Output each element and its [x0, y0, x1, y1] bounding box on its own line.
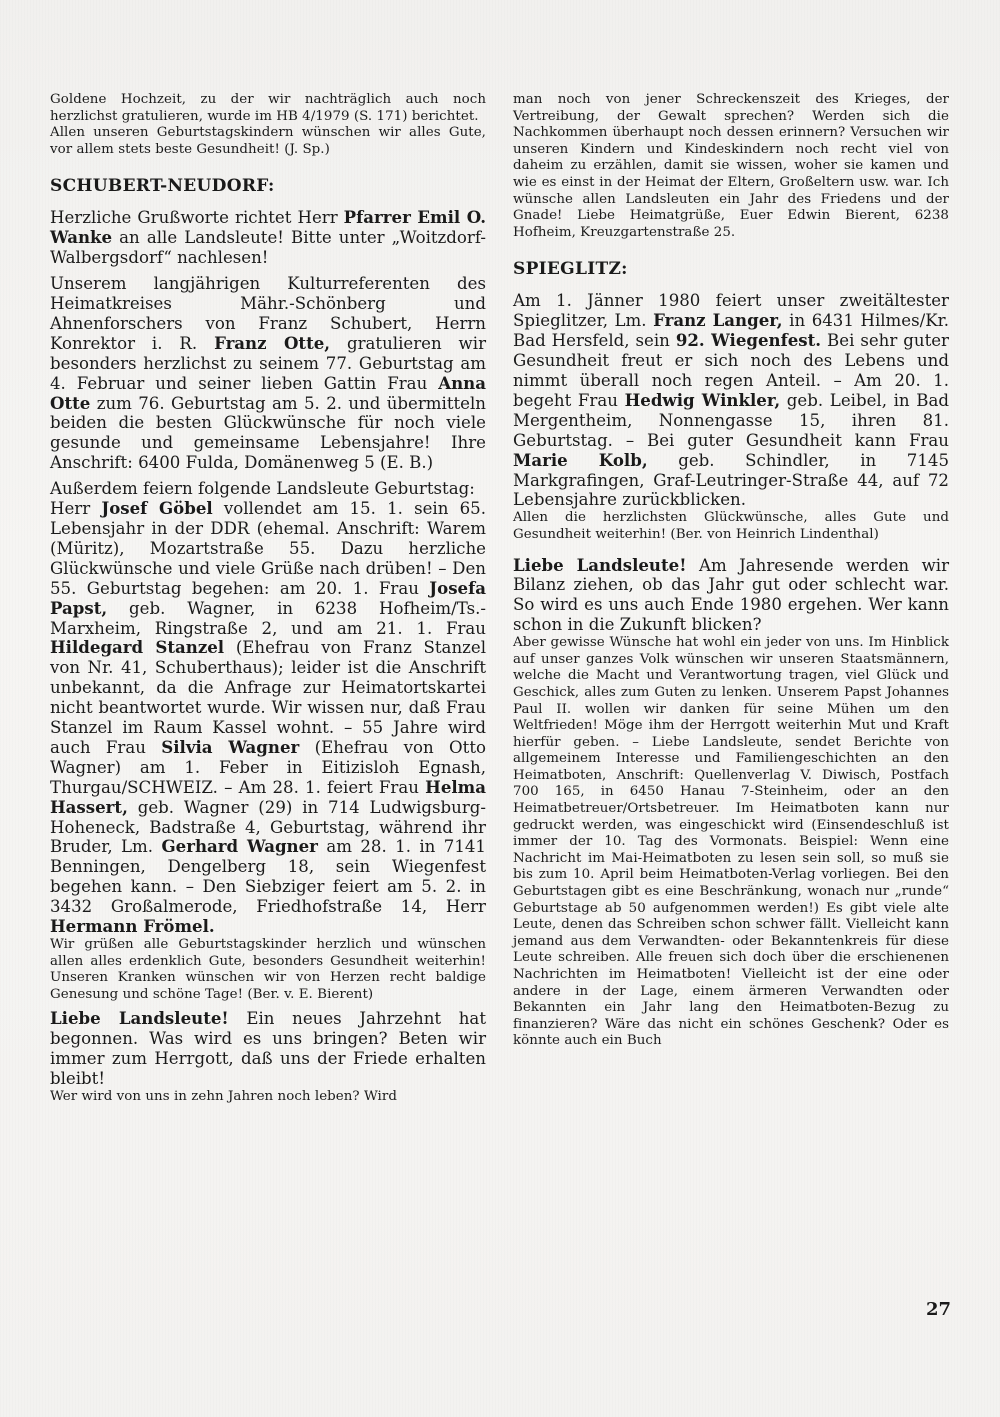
paragraph-memories-continued: man noch von jener Schreckenszeit des Kr… — [513, 92, 949, 241]
bold-name: 92. Wiegenfest. — [676, 330, 821, 350]
paragraph-spieglitz-wishes: Allen die herzlichsten Glückwünsche, all… — [513, 510, 949, 543]
paragraph-spieglitz-birthdays: Am 1. Jänner 1980 feiert unser zweitälte… — [513, 291, 949, 510]
paragraph-wishes-and-submissions: Aber gewisse Wünsche hat wohl ein jeder … — [513, 635, 949, 1050]
bold-name: Hermann Frömel. — [50, 916, 215, 936]
paragraph-birthday-list: Herr Josef Göbel vollendet am 15. 1. sei… — [50, 499, 486, 937]
bold-name: Josef Göbel — [101, 498, 212, 518]
bold-name: Liebe Landsleute! — [513, 555, 687, 575]
bold-name: Gerhard Wagner — [161, 836, 317, 856]
bold-name: Liebe Landsleute! — [50, 1008, 229, 1028]
bold-name: Marie Kolb, — [513, 450, 648, 470]
paragraph-greetings-wanke: Herzliche Grußworte richtet Herr Pfarrer… — [50, 208, 486, 268]
paragraph-further-birthdays-intro: Außerdem feiern folgende Landsleute Gebu… — [50, 479, 486, 499]
left-column: Goldene Hochzeit, zu der wir nachträglic… — [50, 92, 486, 1106]
paragraph-ten-years: Wer wird von uns in zehn Jahren noch leb… — [50, 1089, 486, 1106]
right-column: man noch von jener Schreckenszeit des Kr… — [513, 92, 949, 1050]
paragraph-year-end: Liebe Landsleute! Am Jahresende werden w… — [513, 556, 949, 636]
bold-name: Silvia Wagner — [161, 737, 299, 757]
bold-name: Franz Langer, — [653, 310, 782, 330]
bold-name: Hedwig Winkler, — [625, 390, 781, 410]
paragraph-franz-otte: Unserem langjährigen Kulturreferenten de… — [50, 274, 486, 473]
page-number: 27 — [926, 1299, 951, 1320]
bold-name: Hildegard Stanzel — [50, 637, 224, 657]
section-heading-spieglitz: SPIEGLITZ: — [513, 259, 949, 279]
paragraph-birthday-wishes: Allen unseren Geburtstagskindern wünsche… — [50, 125, 486, 158]
section-heading-schubert-neudorf: SCHUBERT-NEUDORF: — [50, 176, 486, 196]
paragraph-golden-wedding: Goldene Hochzeit, zu der wir nachträglic… — [50, 92, 486, 125]
bold-name: Franz Otte, — [214, 333, 330, 353]
paragraph-new-decade: Liebe Landsleute! Ein neues Jahrzehnt ha… — [50, 1009, 486, 1089]
paragraph-greetings-closing: Wir grüßen alle Geburtstagskinder herzli… — [50, 937, 486, 1003]
